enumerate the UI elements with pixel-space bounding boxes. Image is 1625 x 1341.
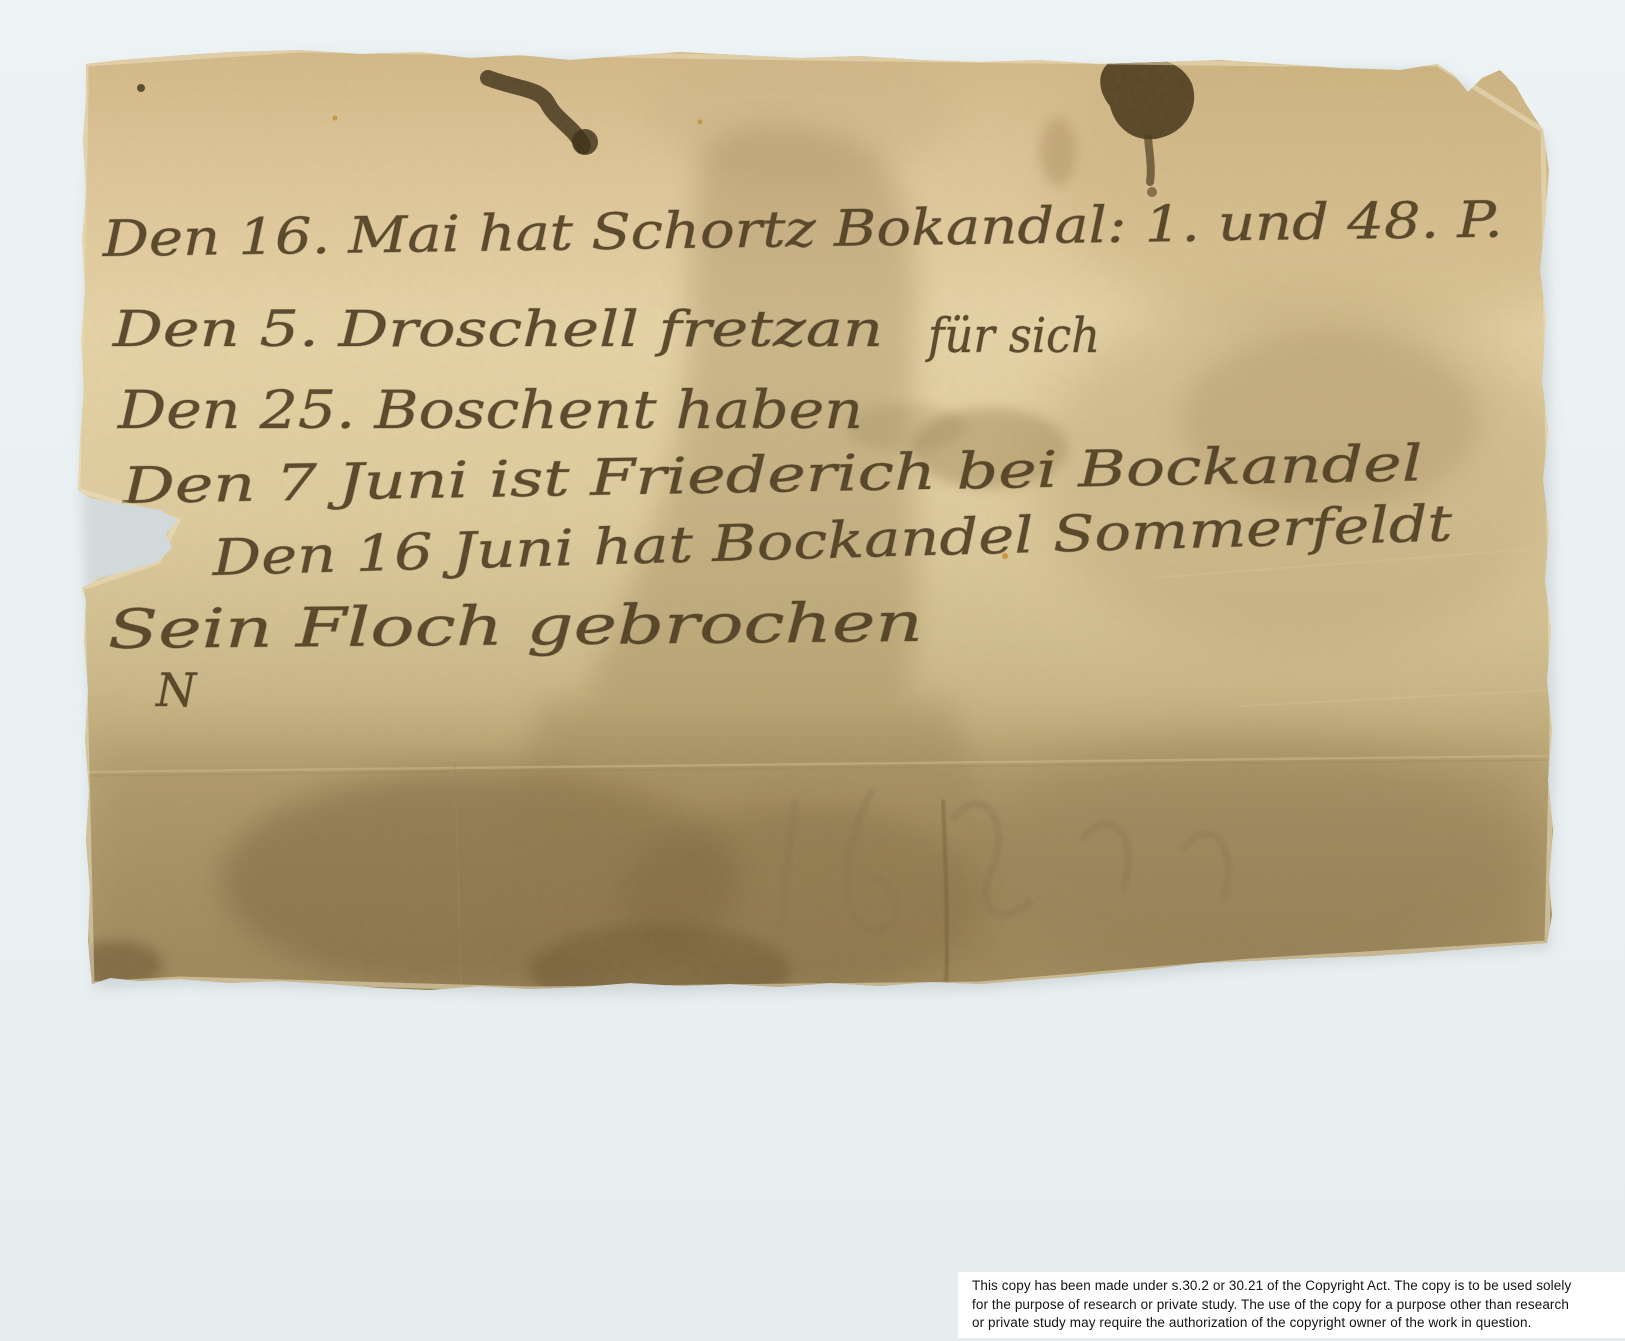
manuscript-scan: Den 16. Mai hat Schortz Bokandal: 1. und… <box>0 0 1625 1341</box>
copyright-line: This copy has been made under s.30.2 or … <box>972 1277 1625 1296</box>
paper-grain <box>60 40 1570 1000</box>
copyright-line: or private study may require the authori… <box>972 1314 1625 1333</box>
copyright-line: for the purpose of research or private s… <box>972 1296 1625 1315</box>
scanned-document-page: Den 16. Mai hat Schortz Bokandal: 1. und… <box>0 0 1625 1341</box>
copyright-notice: This copy has been made under s.30.2 or … <box>958 1272 1625 1338</box>
